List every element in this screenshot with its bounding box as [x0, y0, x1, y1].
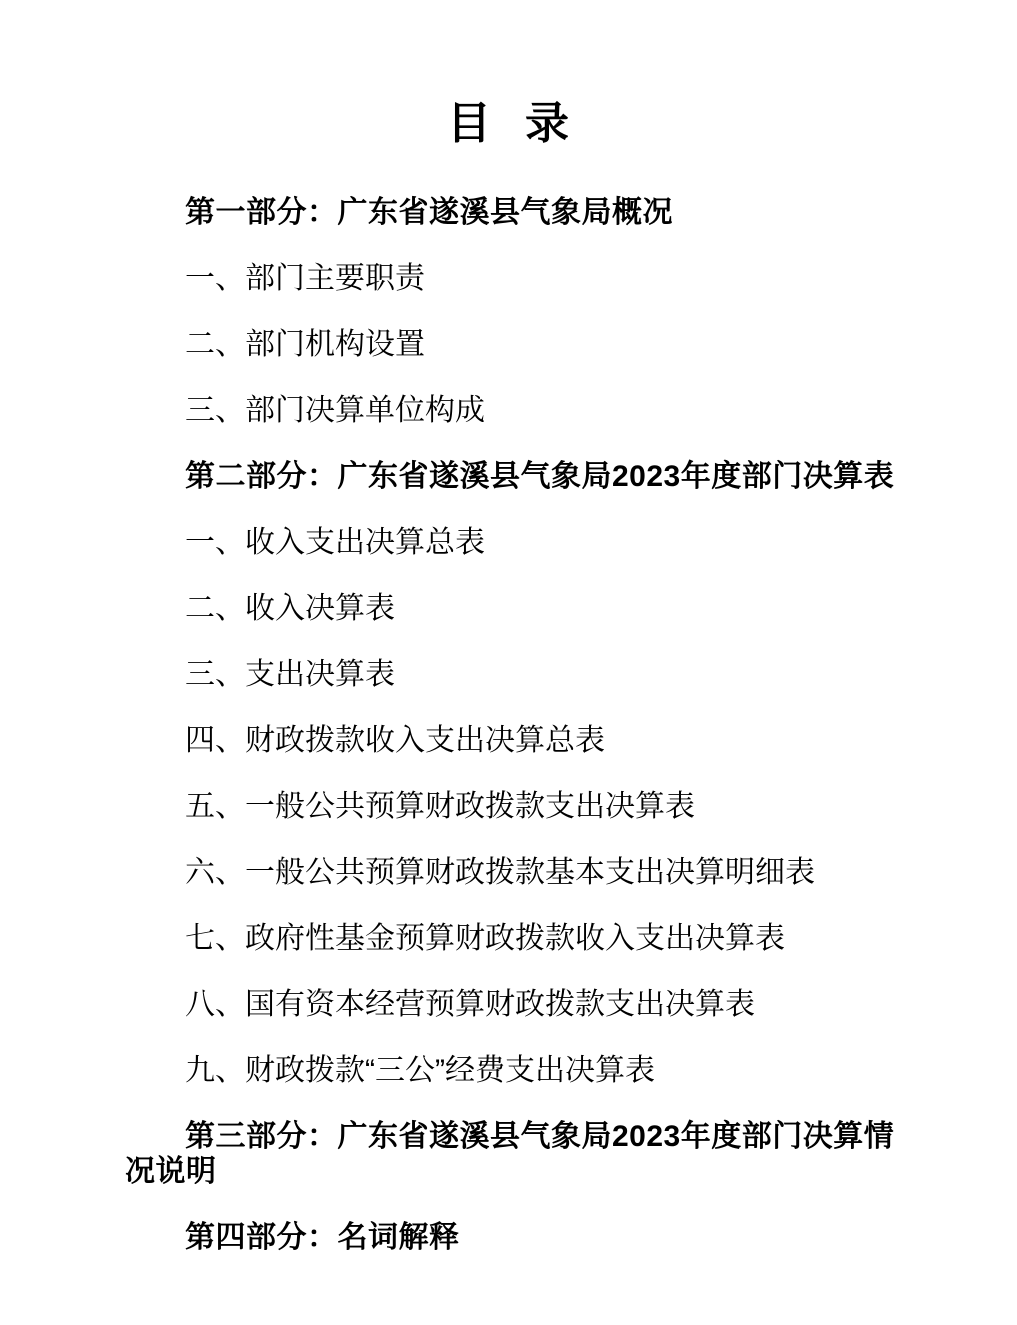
toc-item: 五、一般公共预算财政拨款支出决算表 — [125, 789, 917, 824]
section-heading-part3: 第三部分：广东省遂溪县气象局2023年度部门决算情况说明 — [125, 1119, 917, 1189]
toc-item: 三、部门决算单位构成 — [125, 393, 917, 428]
toc-item: 三、支出决算表 — [125, 657, 917, 692]
toc-item: 六、一般公共预算财政拨款基本支出决算明细表 — [125, 855, 917, 890]
document-page: 目 录 第一部分：广东省遂溪县气象局概况 一、部门主要职责 二、部门机构设置 三… — [0, 0, 1017, 1325]
toc-item: 七、政府性基金预算财政拨款收入支出决算表 — [125, 921, 917, 956]
toc-item: 八、国有资本经营预算财政拨款支出决算表 — [125, 987, 917, 1022]
toc-content: 第一部分：广东省遂溪县气象局概况 一、部门主要职责 二、部门机构设置 三、部门决… — [125, 195, 917, 1255]
section-heading-part4: 第四部分：名词解释 — [125, 1220, 917, 1255]
toc-item: 九、财政拨款“三公”经费支出决算表 — [125, 1053, 917, 1088]
toc-item: 二、部门机构设置 — [125, 327, 917, 362]
toc-item: 二、收入决算表 — [125, 591, 917, 626]
section-heading-part1: 第一部分：广东省遂溪县气象局概况 — [125, 195, 917, 230]
toc-item: 一、收入支出决算总表 — [125, 525, 917, 560]
toc-item: 一、部门主要职责 — [125, 261, 917, 296]
toc-item: 四、财政拨款收入支出决算总表 — [125, 723, 917, 758]
section-heading-part2: 第二部分：广东省遂溪县气象局2023年度部门决算表 — [125, 459, 917, 494]
page-title: 目 录 — [0, 0, 1017, 148]
